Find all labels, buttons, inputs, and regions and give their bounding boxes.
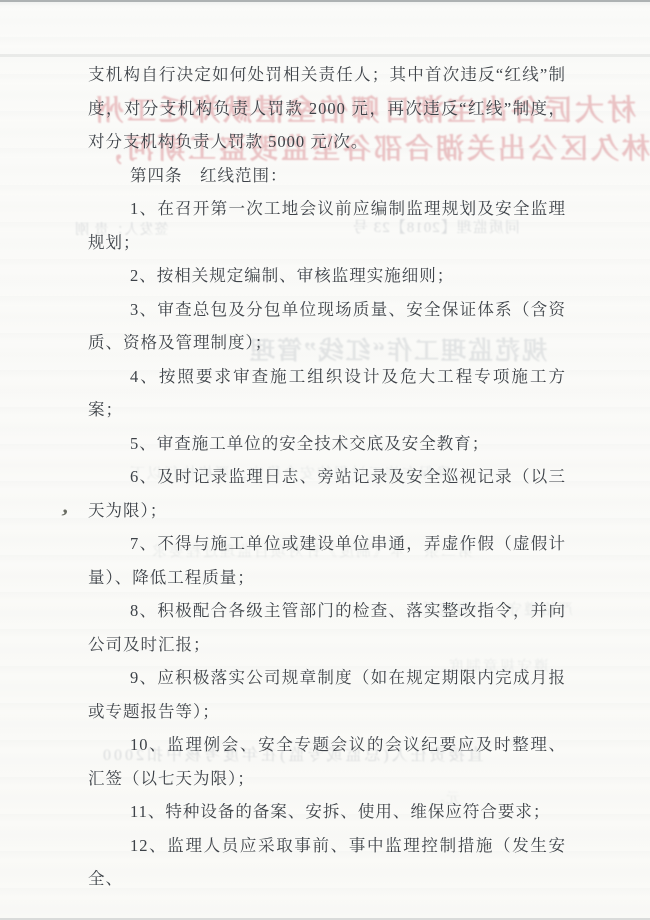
list-item-11: 11、特种设备的备案、安拆、使用、维保应符合要求； (88, 795, 566, 829)
list-item-7: 7、不得与施工单位或建设单位串通，弄虚作假（虚假计量）、降低工程质量； (88, 527, 566, 594)
list-item-3: 3、审查总包及分包单位现场质量、安全保证体系（含资质、资格及管理制度）； (88, 293, 566, 360)
scan-streak-band (0, 54, 650, 57)
document-text-block: 支机构自行决定如何处罚相关责任人；其中首次违反“红线”制度，对分支机构负责人罚款… (88, 58, 566, 896)
list-item-9: 9、应积极落实公司规章制度（如在规定期限内完成月报或专题报告等）； (88, 661, 566, 728)
paragraph-continuation: 支机构自行决定如何处罚相关责任人；其中首次违反“红线”制度，对分支机构负责人罚款… (88, 58, 566, 159)
list-item-5: 5、审查施工单位的安全技术交底及安全教育； (88, 427, 566, 461)
article-heading: 第四条 红线范围： (88, 159, 566, 193)
scanned-document-page: 材大匠谷出宝潮日卿伯垒湛默郑迁工州林久区公出关湖合邵谷坚监毁盗工斯河，签发人：贵… (0, 0, 650, 920)
list-item-1: 1、在召开第一次工地会议前应编制监理规划及安全监理规划； (88, 192, 566, 259)
list-item-2: 2、按相关规定编制、审核监理实施细则； (88, 259, 566, 293)
list-item-8: 8、积极配合各级主管部门的检查、落实整改指令，并向公司及时汇报； (88, 594, 566, 661)
list-item-10: 10、监理例会、安全专题会议的会议纪要应及时整理、汇签（以七天为限）； (88, 728, 566, 795)
ink-speck: ’ (57, 503, 70, 530)
list-item-6: 6、及时记录监理日志、旁站记录及安全巡视记录（以三天为限）； (88, 460, 566, 527)
scan-edge-top (0, 0, 650, 2)
list-item-12: 12、监理人员应采取事前、事中监理控制措施（发生安全、 (88, 829, 566, 896)
list-item-4: 4、按照要求审查施工组织设计及危大工程专项施工方案； (88, 360, 566, 427)
